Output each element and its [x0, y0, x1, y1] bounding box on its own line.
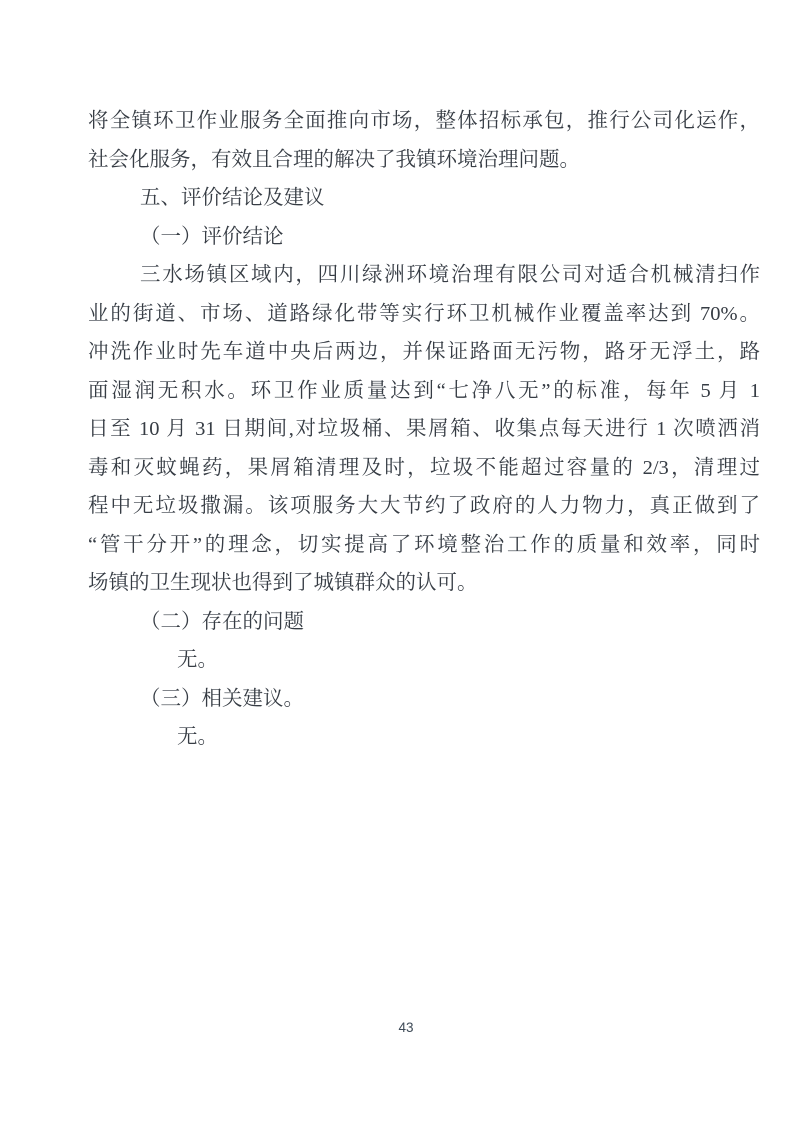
text-line: “管干分开”的理念，切实提高了环境整治工作的质量和效率，同时 — [88, 526, 760, 565]
text-line: 毒和灭蚊蝇药，果屑箱清理及时，垃圾不能超过容量的 2/3，清理过 — [88, 449, 760, 488]
subsection-heading: （三）相关建议。 — [88, 680, 760, 719]
text-line: 业的街道、市场、道路绿化带等实行环卫机械作业覆盖率达到 70%。 — [88, 295, 760, 334]
text-line: 三水场镇区域内，四川绿洲环境治理有限公司对适合机械清扫作 — [88, 256, 760, 295]
page-number: 43 — [0, 1019, 792, 1037]
subsection-heading: （二）存在的问题 — [88, 603, 760, 642]
text-line: 无。 — [88, 641, 760, 680]
section-heading: 五、评价结论及建议 — [88, 179, 760, 218]
text-line: 将全镇环卫作业服务全面推向市场，整体招标承包，推行公司化运作， — [88, 102, 760, 141]
text-line: 程中无垃圾撒漏。该项服务大大节约了政府的人力物力，真正做到了 — [88, 487, 760, 526]
text-line: 场镇的卫生现状也得到了城镇群众的认可。 — [88, 564, 760, 603]
document-page: 将全镇环卫作业服务全面推向市场，整体招标承包，推行公司化运作， 社会化服务，有效… — [0, 0, 792, 1122]
subsection-heading: （一）评价结论 — [88, 218, 760, 257]
document-body: 将全镇环卫作业服务全面推向市场，整体招标承包，推行公司化运作， 社会化服务，有效… — [88, 102, 760, 757]
text-line: 冲洗作业时先车道中央后两边，并保证路面无污物，路牙无浮土，路 — [88, 333, 760, 372]
text-line: 日至 10 月 31 日期间,对垃圾桶、果屑箱、收集点每天进行 1 次喷洒消 — [88, 410, 760, 449]
text-line: 社会化服务，有效且合理的解决了我镇环境治理问题。 — [88, 141, 760, 180]
text-line: 面湿润无积水。环卫作业质量达到“七净八无”的标准，每年 5 月 1 — [88, 372, 760, 411]
text-line: 无。 — [88, 718, 760, 757]
